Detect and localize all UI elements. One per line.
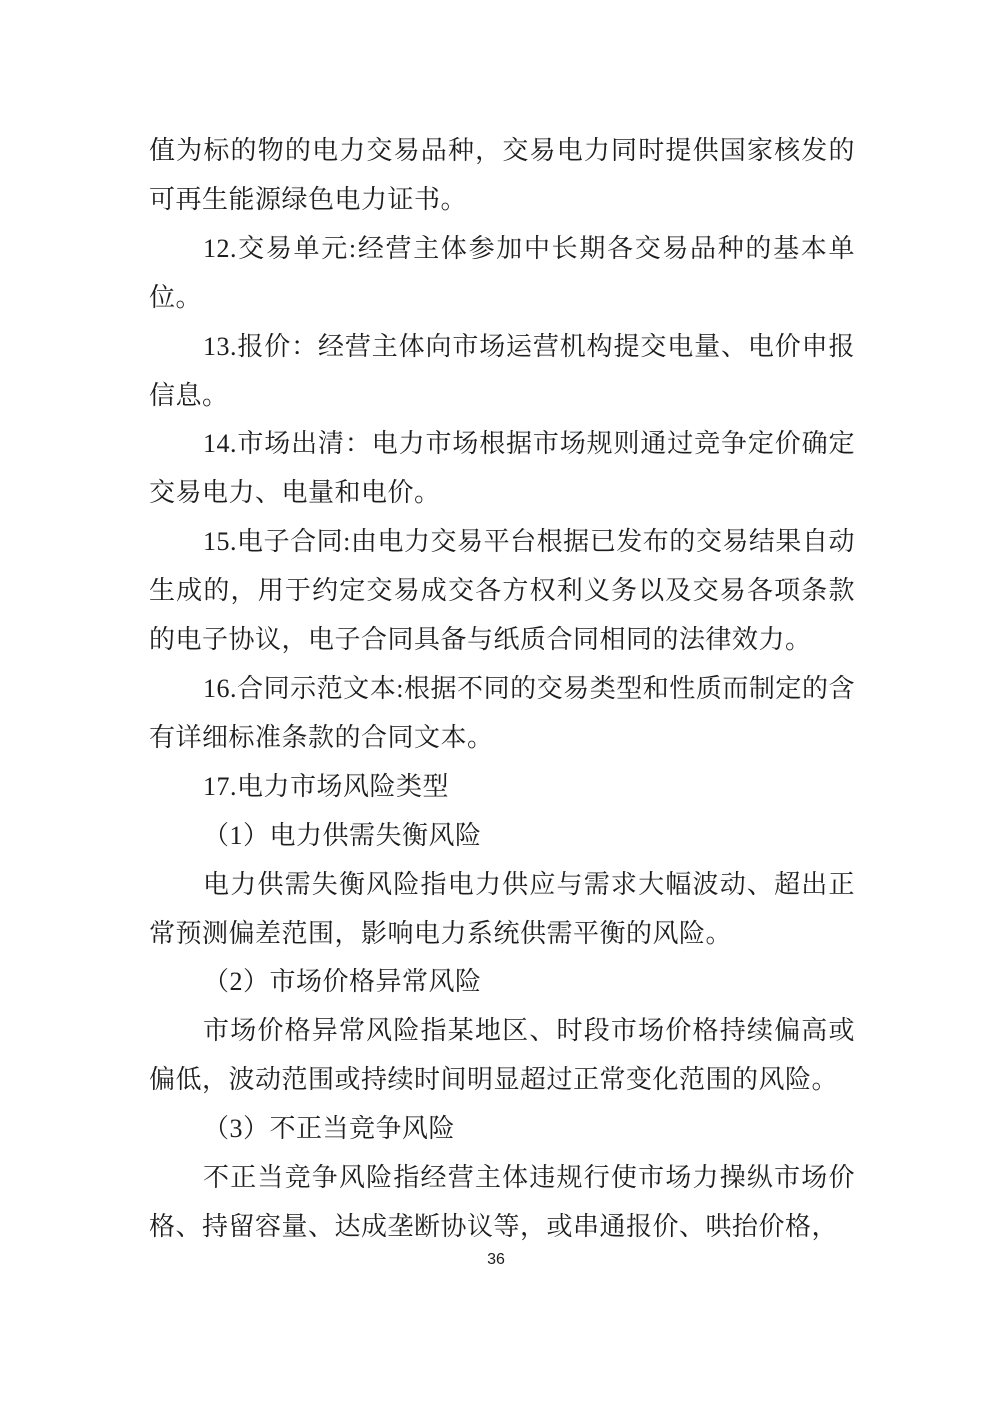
paragraph: 16.合同示范文本:根据不同的交易类型和性质而制定的含有详细标准条款的合同文本。 [149,665,855,763]
paragraph: 值为标的物的电力交易品种，交易电力同时提供国家核发的可再生能源绿色电力证书。 [149,127,855,225]
paragraph: （1）电力供需失衡风险 [149,812,855,861]
paragraph: 不正当竞争风险指经营主体违规行使市场力操纵市场价格、持留容量、达成垄断协议等，或… [149,1154,855,1252]
paragraph: （2）市场价格异常风险 [149,958,855,1007]
page-number: 36 [0,1251,992,1269]
paragraph: （3）不正当竞争风险 [149,1105,855,1154]
paragraph: 市场价格异常风险指某地区、时段市场价格持续偏高或偏低，波动范围或持续时间明显超过… [149,1007,855,1105]
paragraph: 13.报价：经营主体向市场运营机构提交电量、电价申报信息。 [149,323,855,421]
paragraph: 15.电子合同:由电力交易平台根据已发布的交易结果自动生成的，用于约定交易成交各… [149,518,855,665]
paragraph: 12.交易单元:经营主体参加中长期各交易品种的基本单位。 [149,225,855,323]
paragraph: 14.市场出清：电力市场根据市场规则通过竞争定价确定交易电力、电量和电价。 [149,420,855,518]
paragraph: 17.电力市场风险类型 [149,763,855,812]
document-body: 值为标的物的电力交易品种，交易电力同时提供国家核发的可再生能源绿色电力证书。12… [149,127,855,1252]
document-page: 值为标的物的电力交易品种，交易电力同时提供国家核发的可再生能源绿色电力证书。12… [0,0,992,1403]
paragraph: 电力供需失衡风险指电力供应与需求大幅波动、超出正常预测偏差范围，影响电力系统供需… [149,861,855,959]
